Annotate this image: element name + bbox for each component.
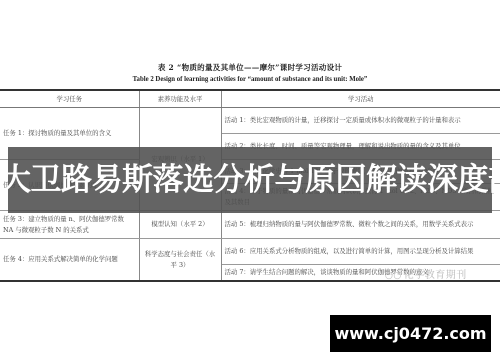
overlay-title: 大卫路易斯落选分析与原因解读深度剖析 [0, 158, 500, 202]
table-header-row: 学习任务 素养功能及水平 学习活动 [0, 90, 500, 108]
header-literacy: 素养功能及水平 [139, 90, 221, 108]
table-caption-english: Table 2 Design of learning activities fo… [0, 76, 500, 83]
activity-cell: 活动 5：梳理归纳物质的量与阿伏伽德罗常数、微粒个数之间的关系，用数学关系式表示 [221, 211, 500, 239]
header-task: 学习任务 [0, 90, 139, 108]
task-cell: 任务 4：应用关系式解决简单的化学问题 [0, 239, 139, 282]
table-caption-chinese: 表 2 “物质的量及其单位——摩尔”课时学习活动设计 [0, 62, 500, 73]
site-url-text: www.cj0472.com [334, 324, 486, 343]
literacy-cell: 模型认知（水平 2） [139, 211, 221, 239]
table-row: 任务 1：探讨物质的量及其单位的含义 宏观辨识（水平 1） 活动 1：类比宏观物… [0, 108, 500, 134]
activity-cell: 活动 1：类比宏观物质的计量，迁移探讨一定质量或体积水的微观粒子的计量和表示 [221, 108, 500, 134]
literacy-cell: 科学态度与社会责任（水平 3） [139, 239, 221, 282]
table-row: 任务 3：建立物质的量 n、阿伏伽德罗常数 NA 与微观粒子数 N 的关系式 模… [0, 211, 500, 239]
wechat-icon: ○○ [385, 271, 402, 281]
site-url-badge[interactable]: www.cj0472.com [330, 315, 491, 352]
journal-watermark: ○○化学教育期刊 [385, 266, 467, 281]
table-row: 任务 4：应用关系式解决简单的化学问题 科学态度与社会责任（水平 3） 活动 6… [0, 239, 500, 265]
header-activity: 学习活动 [221, 90, 500, 108]
task-cell: 任务 3：建立物质的量 n、阿伏伽德罗常数 NA 与微观粒子数 N 的关系式 [0, 211, 139, 239]
watermark-text: 化学教育期刊 [404, 270, 467, 281]
activity-cell: 活动 6：应用关系式分析物质的组成，以及进行简单的计算，用图示呈现分析及计算结果 [221, 239, 500, 265]
